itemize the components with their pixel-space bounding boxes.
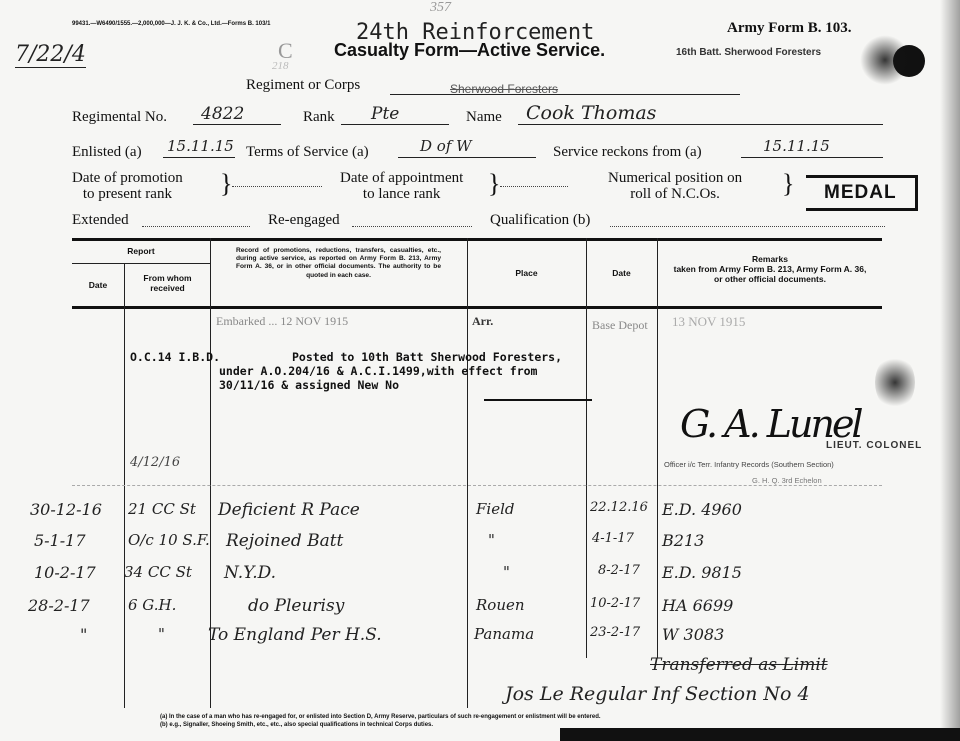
row-date2: 23-2-17 [590, 625, 640, 640]
qualification-field[interactable] [610, 214, 885, 227]
table-header-rule [72, 306, 882, 309]
regimental-no-label: Regimental No. [72, 109, 167, 126]
form-title: Casualty Form—Active Service. [334, 40, 605, 61]
row-from: " [158, 625, 165, 643]
enlisted-field[interactable]: 15.11.15 [163, 137, 235, 158]
remarks-header: Remarks taken from Army Form B. 213, Arm… [670, 254, 870, 285]
record-header: Record of promotions, reductions, transf… [236, 247, 441, 280]
row-remarks: E.D. 4960 [662, 500, 742, 519]
page-edge-shadow [940, 0, 960, 741]
col-divider [467, 238, 468, 708]
row-from: 6 G.H. [128, 596, 176, 614]
extended-field[interactable] [142, 214, 250, 227]
date-header: Date [72, 280, 124, 290]
row-record: Deficient R Pace [218, 500, 360, 520]
reckons-field[interactable]: 15.11.15 [741, 137, 883, 158]
row-remarks: B213 [662, 531, 704, 550]
printer-line: 99431.—W6490/1555.—2,000,000—J. J. K. & … [72, 21, 270, 27]
page-bottom-shadow [560, 728, 960, 741]
report-sub-rule [72, 263, 210, 264]
terms-label: Terms of Service (a) [246, 144, 369, 161]
row-from: 34 CC St [124, 563, 192, 581]
regimental-no-field[interactable]: 4822 [193, 104, 281, 125]
row-place: Rouen [476, 596, 525, 614]
rank-label: Rank [303, 109, 335, 126]
row-date: 30-12-16 [30, 500, 102, 519]
regular-note: Jos Le Regular Inf Section No 4 [505, 683, 810, 705]
promotion-field[interactable] [232, 174, 322, 187]
row-place: Field [476, 500, 514, 518]
row-record: To England Per H.S. [208, 625, 382, 645]
row-date2: 10-2-17 [590, 596, 640, 611]
new-number-blank [484, 399, 592, 401]
row-date2: 8-2-17 [598, 563, 640, 578]
typed-entry-line-2: under A.O.204/16 & A.C.I.1499,with effec… [219, 365, 538, 378]
name-label: Name [466, 109, 502, 126]
extended-label: Extended [72, 212, 129, 229]
numerical-label: Numerical position on roll of N.C.Os. [608, 170, 742, 202]
appointment-field[interactable] [500, 174, 568, 187]
reference-number: 7/22/4 [15, 42, 86, 68]
row-date: 28-2-17 [28, 596, 90, 615]
ink-smudge [875, 355, 915, 410]
promotion-brace: } [220, 170, 232, 198]
row-remarks: HA 6699 [662, 596, 733, 615]
enlisted-value: 15.11.15 [167, 137, 234, 155]
margin-pencil-number: 218 [272, 60, 289, 72]
row-record: do Pleurisy [248, 596, 344, 616]
row-from: O/c 10 S.F. [128, 531, 210, 549]
regiment-field[interactable]: Sherwood Foresters [390, 80, 740, 95]
row-date: " [80, 625, 87, 644]
row-place: " [488, 531, 495, 549]
ink-smudge [860, 35, 910, 85]
terms-field[interactable]: D of W [398, 137, 536, 158]
row-place: Panama [474, 625, 534, 643]
dotted-separator [72, 485, 882, 486]
reengaged-field[interactable] [352, 214, 472, 227]
footnote-a: (a) In the case of a man who has re-enga… [160, 714, 800, 722]
row-date: 10-2-17 [34, 563, 96, 582]
battalion-stamp: 16th Batt. Sherwood Foresters [676, 47, 821, 58]
row-place: " [503, 563, 510, 581]
typed-from: O.C.14 I.B.D. [130, 351, 220, 364]
row-record: N.Y.D. [224, 563, 276, 583]
place-header: Place [467, 268, 586, 278]
terms-value: D of W [420, 137, 472, 155]
officer-line: Officer i/c Terr. Infantry Records (Sout… [664, 460, 834, 469]
ghq-line: G. H. Q. 3rd Echelon [752, 476, 822, 485]
struck-note: Transferred as Limit [650, 655, 828, 675]
appointment-brace: } [488, 170, 500, 198]
footnote-b: (b) e.g., Signaller, Shoeing Smith, etc.… [160, 722, 800, 730]
regiment-value: Sherwood Foresters [450, 82, 558, 96]
base-depot-date: 13 NOV 1915 [672, 314, 745, 330]
rank-value: Pte [371, 104, 399, 124]
row-date: 5-1-17 [34, 531, 86, 550]
report-header: Report [72, 246, 210, 256]
numerical-brace: } [782, 170, 794, 198]
enlisted-label: Enlisted (a) [72, 144, 142, 161]
footnotes: (a) In the case of a man who has re-enga… [160, 714, 800, 729]
top-pencil-number: 357 [430, 0, 451, 16]
row-date2: 22.12.16 [590, 500, 648, 515]
regiment-label: Regiment or Corps [246, 77, 360, 94]
col-divider [657, 238, 658, 658]
qualification-label: Qualification (b) [490, 212, 590, 229]
lieut-colonel: LIEUT. COLONEL [826, 440, 922, 451]
promotion-label: Date of promotion to present rank [72, 170, 183, 202]
pencil-note: 4/12/16 [130, 455, 180, 470]
from-whom-header: From whom received [130, 273, 205, 293]
reckons-value: 15.11.15 [763, 137, 830, 155]
rank-field[interactable]: Pte [341, 104, 449, 125]
reckons-label: Service reckons from (a) [553, 144, 702, 161]
army-form-number: Army Form B. 103. [727, 20, 852, 37]
name-field[interactable]: Cook Thomas [518, 102, 883, 125]
col-divider [586, 238, 587, 658]
date2-header: Date [586, 268, 657, 278]
table-top-rule [72, 238, 882, 241]
base-depot-stamp: Base Depot [592, 318, 648, 333]
embarked-stamp: Embarked ... 12 NOV 1915 [216, 314, 348, 329]
name-value: Cook Thomas [526, 102, 656, 124]
regimental-no-value: 4822 [201, 104, 244, 124]
row-remarks: W 3083 [662, 625, 724, 644]
typed-entry-line-1: Posted to 10th Batt Sherwood Foresters, [292, 351, 562, 364]
row-from: 21 CC St [128, 500, 196, 518]
typed-entry-line-3: 30/11/16 & assigned New No [219, 379, 399, 392]
reengaged-label: Re-engaged [268, 212, 340, 229]
row-remarks: E.D. 9815 [662, 563, 742, 582]
row-record: Rejoined Batt [226, 531, 343, 551]
appointment-label: Date of appointment to lance rank [340, 170, 463, 202]
row-date2: 4-1-17 [592, 531, 634, 546]
medal-stamp: MEDAL [806, 175, 918, 211]
arr-stamp: Arr. [472, 314, 493, 329]
